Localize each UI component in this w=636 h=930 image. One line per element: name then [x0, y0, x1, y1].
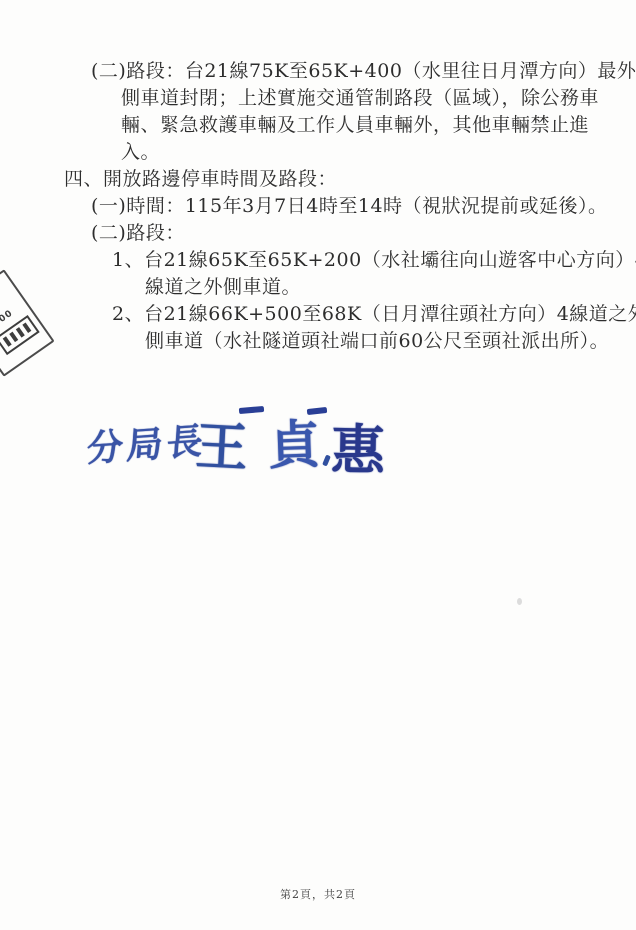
- signature-name-char: 惠: [330, 408, 385, 486]
- body-line: 1、台21線65K至65K+200（水社壩往向山遊客中心方向）4: [112, 247, 636, 274]
- page-footer: 第2頁，共2頁: [0, 886, 636, 902]
- document-body: (二)路段：台21線75K至65K+400（水里往日月潭方向）最外 側車道封閉；…: [0, 58, 636, 355]
- body-line: (一)時間：115年3月7日4時至14時（視狀況提前或延後）。: [91, 193, 636, 220]
- body-line: 線道之外側車道。: [145, 274, 636, 301]
- scanned-document-page: (二)路段：台21線75K至65K+400（水里往日月潭方向）最外 側車道封閉；…: [0, 0, 636, 930]
- signature-stroke: [322, 454, 331, 466]
- signature-title: 分局長: [85, 413, 208, 473]
- scan-artifact: [517, 598, 522, 605]
- body-line: (二)路段：: [91, 220, 636, 247]
- body-line: 側車道（水社隧道頭社端口前60公尺至頭社派出所）。: [145, 328, 636, 355]
- body-line: 側車道封閉；上述實施交通管制路段（區域），除公務車: [121, 85, 636, 112]
- signature-stroke: [307, 407, 328, 415]
- signature-name-char: 王: [194, 404, 250, 482]
- body-line: (二)路段：台21線75K至65K+400（水里往日月潭方向）最外: [91, 58, 636, 85]
- body-line: 輛、緊急救護車輛及工作人員車輛外，其他車輛禁止進: [121, 112, 636, 139]
- body-line: 2、台21線66K+500至68K（日月潭往頭社方向）4線道之外: [112, 301, 636, 328]
- section-heading-line: 四、開放路邊停車時間及路段：: [64, 166, 636, 193]
- signature-stroke: [239, 406, 264, 414]
- body-line: 入。: [121, 139, 636, 166]
